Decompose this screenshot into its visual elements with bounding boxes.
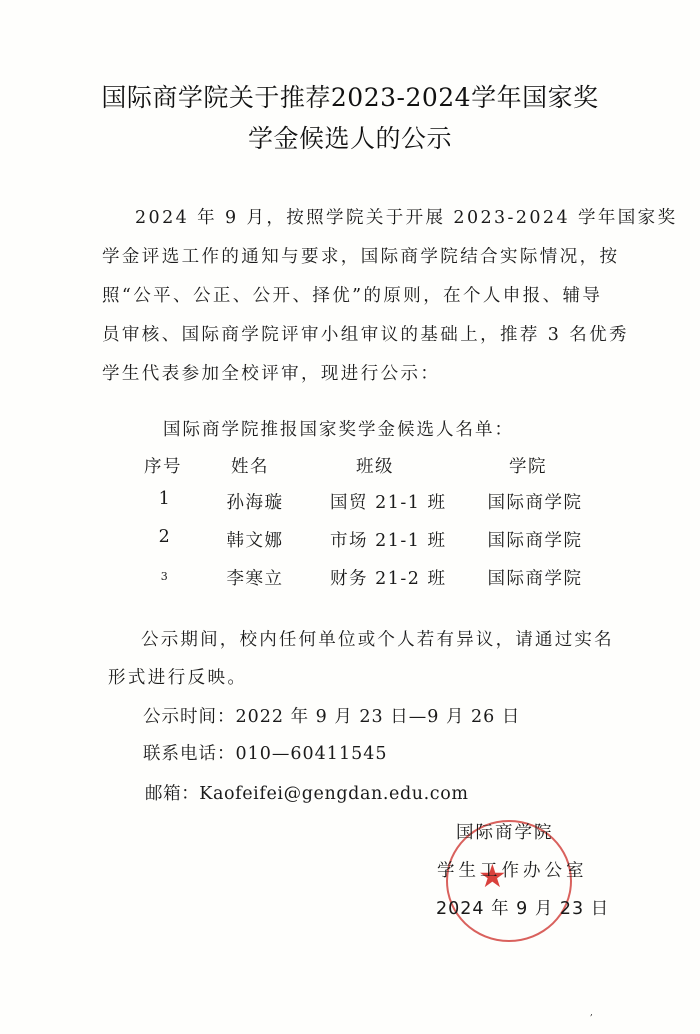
notice-line: 形式进行反映。 — [108, 664, 247, 689]
row-class: 财务 21-2 班 — [330, 565, 440, 590]
row-name: 李寒立 — [220, 565, 290, 590]
column-header-name: 姓名 — [220, 453, 280, 478]
signature-office: 学生工作办公室 — [437, 857, 588, 882]
column-header-class: 班级 — [345, 453, 405, 478]
row-seq: 1 — [150, 489, 180, 509]
row-class: 市场 21-1 班 — [330, 527, 440, 552]
intro-line: 2024 年 9 月，按照学院关于开展 2023-2024 学年国家奖 — [135, 204, 677, 229]
row-seq: 2 — [150, 527, 180, 547]
row-seq: 3 — [150, 570, 180, 583]
row-college: 国际商学院 — [485, 527, 585, 552]
document-title-line2: 学金候选人的公示 — [0, 119, 700, 155]
intro-line: 照“公平、公正、公开、择优”的原则，在个人申报、辅导 — [102, 282, 602, 307]
notice-phone: 联系电话：010—60411545 — [143, 740, 387, 765]
row-name: 孙海璇 — [220, 489, 290, 514]
row-name: 韩文娜 — [220, 527, 290, 552]
column-header-college: 学院 — [498, 453, 558, 478]
notice-line: 公示期间，校内任何单位或个人若有异议，请通过实名 — [141, 626, 614, 651]
intro-line: 学金评选工作的通知与要求，国际商学院结合实际情况，按 — [102, 243, 619, 268]
notice-period: 公示时间：2022 年 9 月 23 日—9 月 26 日 — [143, 703, 520, 728]
signature-org: 国际商学院 — [456, 819, 554, 844]
scan-mark: , — [590, 1008, 593, 1018]
signature-date: 2024 年 9 月 23 日 — [436, 895, 609, 920]
column-header-seq: 序号 — [138, 453, 188, 478]
document-title-line1: 国际商学院关于推荐2023-2024学年国家奖 — [0, 78, 700, 114]
row-college: 国际商学院 — [485, 489, 585, 514]
row-college: 国际商学院 — [485, 565, 585, 590]
notice-email: 邮箱：Kaofeifei@gengdan.edu.com — [145, 780, 469, 805]
list-heading: 国际商学院推报国家奖学金候选人名单： — [163, 416, 514, 441]
intro-line: 员审核、国际商学院评审小组审议的基础上，推荐 3 名优秀 — [102, 321, 629, 346]
row-class: 国贸 21-1 班 — [330, 489, 440, 514]
intro-line: 学生代表参加全校评审，现进行公示： — [102, 360, 440, 385]
